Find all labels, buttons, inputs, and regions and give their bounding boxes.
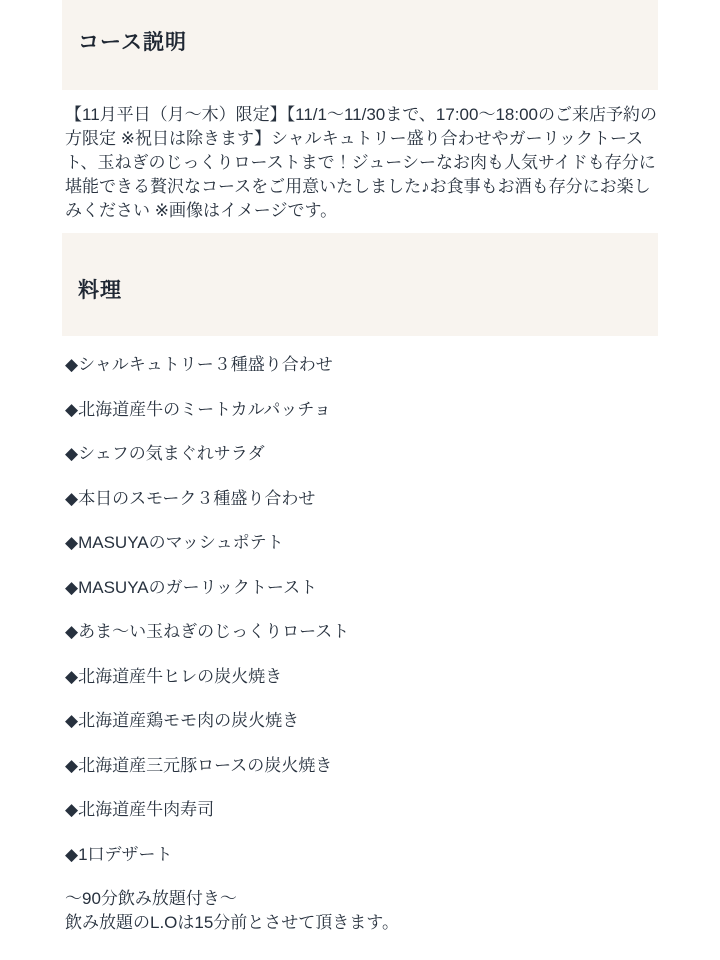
dish-list-item: ◆MASUYAのマッシュポテト bbox=[65, 531, 658, 555]
dish-list-item: ◆北海道産三元豚ロースの炭火焼き bbox=[65, 754, 658, 778]
dish-list-item: ◆北海道産牛ヒレの炭火焼き bbox=[65, 665, 658, 689]
course-detail-page: コース説明 【11月平日（月～木）限定】【11/1～11/30まで、17:00～… bbox=[62, 0, 658, 935]
dish-list-item: ◆シャルキュトリー３種盛り合わせ bbox=[65, 353, 658, 377]
dish-list-item: ◆あま～い玉ねぎのじっくりロースト bbox=[65, 620, 658, 644]
dishes-heading: 料理 bbox=[62, 233, 658, 336]
course-description-text: 【11月平日（月～木）限定】【11/1～11/30まで、17:00～18:00の… bbox=[62, 103, 658, 223]
course-description-heading: コース説明 bbox=[62, 0, 658, 90]
drink-plan-note-line2: 飲み放題のL.Oは15分前とさせて頂きます。 bbox=[65, 913, 399, 932]
dish-list-item: ◆北海道産牛肉寿司 bbox=[65, 798, 658, 822]
dish-list-item: ◆MASUYAのガーリックトースト bbox=[65, 576, 658, 600]
drink-plan-note-line1: ～90分飲み放題付き～ bbox=[65, 889, 237, 908]
dish-list-item: ◆北海道産牛のミートカルパッチョ bbox=[65, 398, 658, 422]
dish-list-item: ◆シェフの気まぐれサラダ bbox=[65, 442, 658, 466]
drink-plan-note: ～90分飲み放題付き～ 飲み放題のL.Oは15分前とさせて頂きます。 bbox=[62, 887, 658, 935]
dish-list-item: ◆本日のスモーク３種盛り合わせ bbox=[65, 487, 658, 511]
dish-list-item: ◆北海道産鶏モモ肉の炭火焼き bbox=[65, 709, 658, 733]
dish-list-item: ◆1口デザート bbox=[65, 843, 658, 867]
dish-list: ◆シャルキュトリー３種盛り合わせ ◆北海道産牛のミートカルパッチョ ◆シェフの気… bbox=[62, 353, 658, 867]
